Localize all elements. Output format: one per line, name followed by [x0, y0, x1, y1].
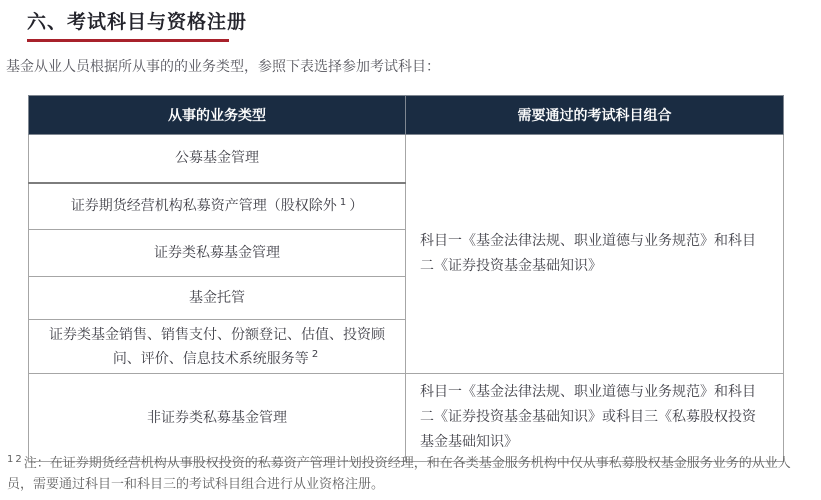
footnote-text: 注：在证券期货经营机构从事股权投资的私募资产管理计划投资经理，和在各类基金服务机… [7, 456, 791, 492]
table-row: 非证券类私募基金管理 科目一《基金法律法规、职业道德与业务规范》和科目二《证券投… [29, 374, 784, 462]
footnote-marker-2: 2 [15, 454, 21, 465]
intro-text: 基金从业人员根据所从事的的业务类型，参照下表选择参加考试科目： [6, 56, 440, 76]
table-header: 从事的业务类型 需要通过的考试科目组合 [29, 96, 784, 135]
business-type-cell: 证券期货经营机构私募资产管理（股权除外1） [29, 183, 406, 230]
header-subject-combo: 需要通过的考试科目组合 [406, 96, 784, 135]
business-type-label: 证券期货经营机构私募资产管理（股权除外 [71, 198, 337, 214]
footnote-ref-1: 1 [340, 197, 346, 208]
business-type-cell: 证券类基金销售、销售支付、份额登记、估值、投资顾问、评价、信息技术系统服务等2 [29, 320, 406, 374]
page-title: 六、考试科目与资格注册 [27, 7, 247, 34]
subject-combo-cell: 科目一《基金法律法规、职业道德与业务规范》和科目二《证券投资基金基础知识》或科目… [406, 374, 784, 462]
business-type-label: 基金托管 [189, 290, 245, 306]
business-type-label: 证券类私募基金管理 [154, 245, 280, 261]
business-type-cell: 公募基金管理 [29, 135, 406, 183]
page: 六、考试科目与资格注册 基金从业人员根据所从事的的业务类型，参照下表选择参加考试… [0, 0, 821, 500]
business-type-label-suffix: ） [349, 198, 363, 214]
business-type-label: 公募基金管理 [175, 150, 259, 166]
business-type-label: 证券类基金销售、销售支付、份额登记、估值、投资顾问、评价、信息技术系统服务等 [49, 327, 385, 367]
business-type-cell: 证券类私募基金管理 [29, 230, 406, 277]
footnote: 12注：在证券期货经营机构从事股权投资的私募资产管理计划投资经理，和在各类基金服… [7, 453, 815, 495]
subject-combo-label: 科目一《基金法律法规、职业道德与业务规范》和科目二《证券投资基金基础知识》或科目… [420, 384, 756, 450]
business-type-label: 非证券类私募基金管理 [147, 410, 287, 426]
header-business-type: 从事的业务类型 [29, 96, 406, 135]
business-type-cell: 非证券类私募基金管理 [29, 374, 406, 462]
subject-combo-cell: 科目一《基金法律法规、职业道德与业务规范》和科目二《证券投资基金基础知识》 [406, 135, 784, 374]
business-type-cell: 基金托管 [29, 277, 406, 320]
exam-subjects-table: 从事的业务类型 需要通过的考试科目组合 公募基金管理 科目一《基金法律法规、职业… [28, 95, 784, 462]
footnote-marker-1: 1 [7, 454, 13, 465]
table-row: 公募基金管理 科目一《基金法律法规、职业道德与业务规范》和科目二《证券投资基金基… [29, 135, 784, 183]
footnote-ref-2: 2 [312, 349, 318, 360]
subject-combo-label: 科目一《基金法律法规、职业道德与业务规范》和科目二《证券投资基金基础知识》 [420, 233, 756, 274]
title-underline [27, 39, 229, 42]
